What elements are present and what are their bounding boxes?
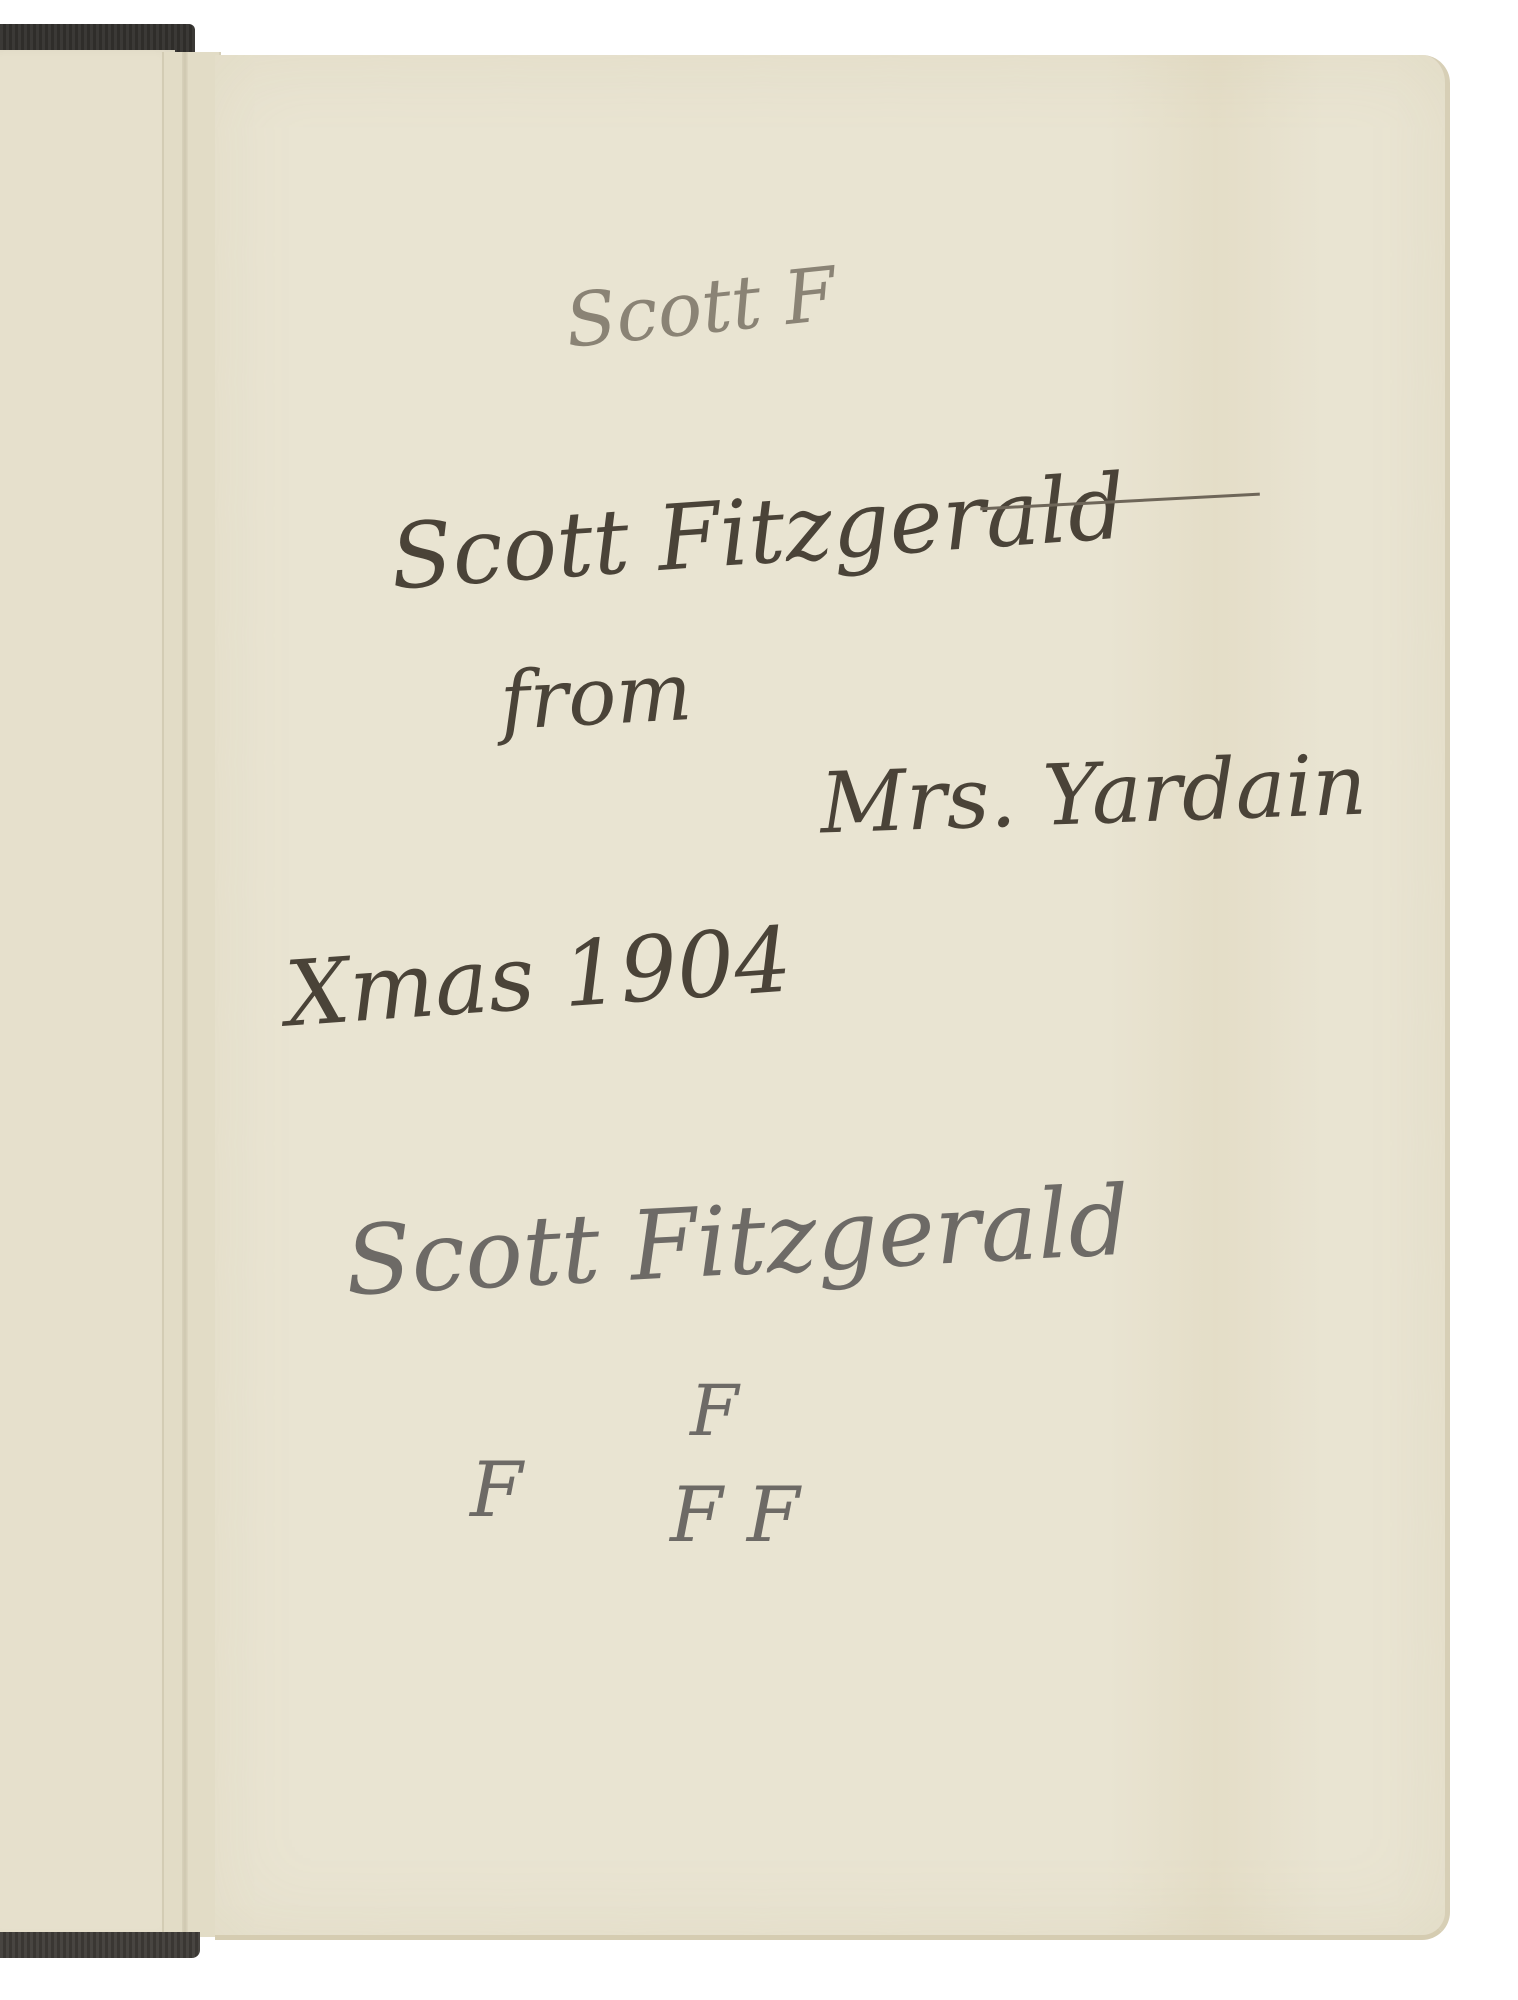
- book-hinge: [162, 52, 221, 1937]
- ink-from-inscription: from: [498, 645, 694, 748]
- pencil-practice-letters: F F: [670, 1470, 800, 1559]
- book-cover-top-edge: [0, 24, 195, 52]
- pencil-practice-letter: F: [690, 1370, 739, 1452]
- book-cover-bottom-edge: [0, 1932, 200, 1958]
- pastedown-left-page: [0, 50, 175, 1935]
- pencil-practice-letter: F: [470, 1445, 523, 1534]
- ink-giver-inscription: Mrs. Yardain: [818, 735, 1368, 852]
